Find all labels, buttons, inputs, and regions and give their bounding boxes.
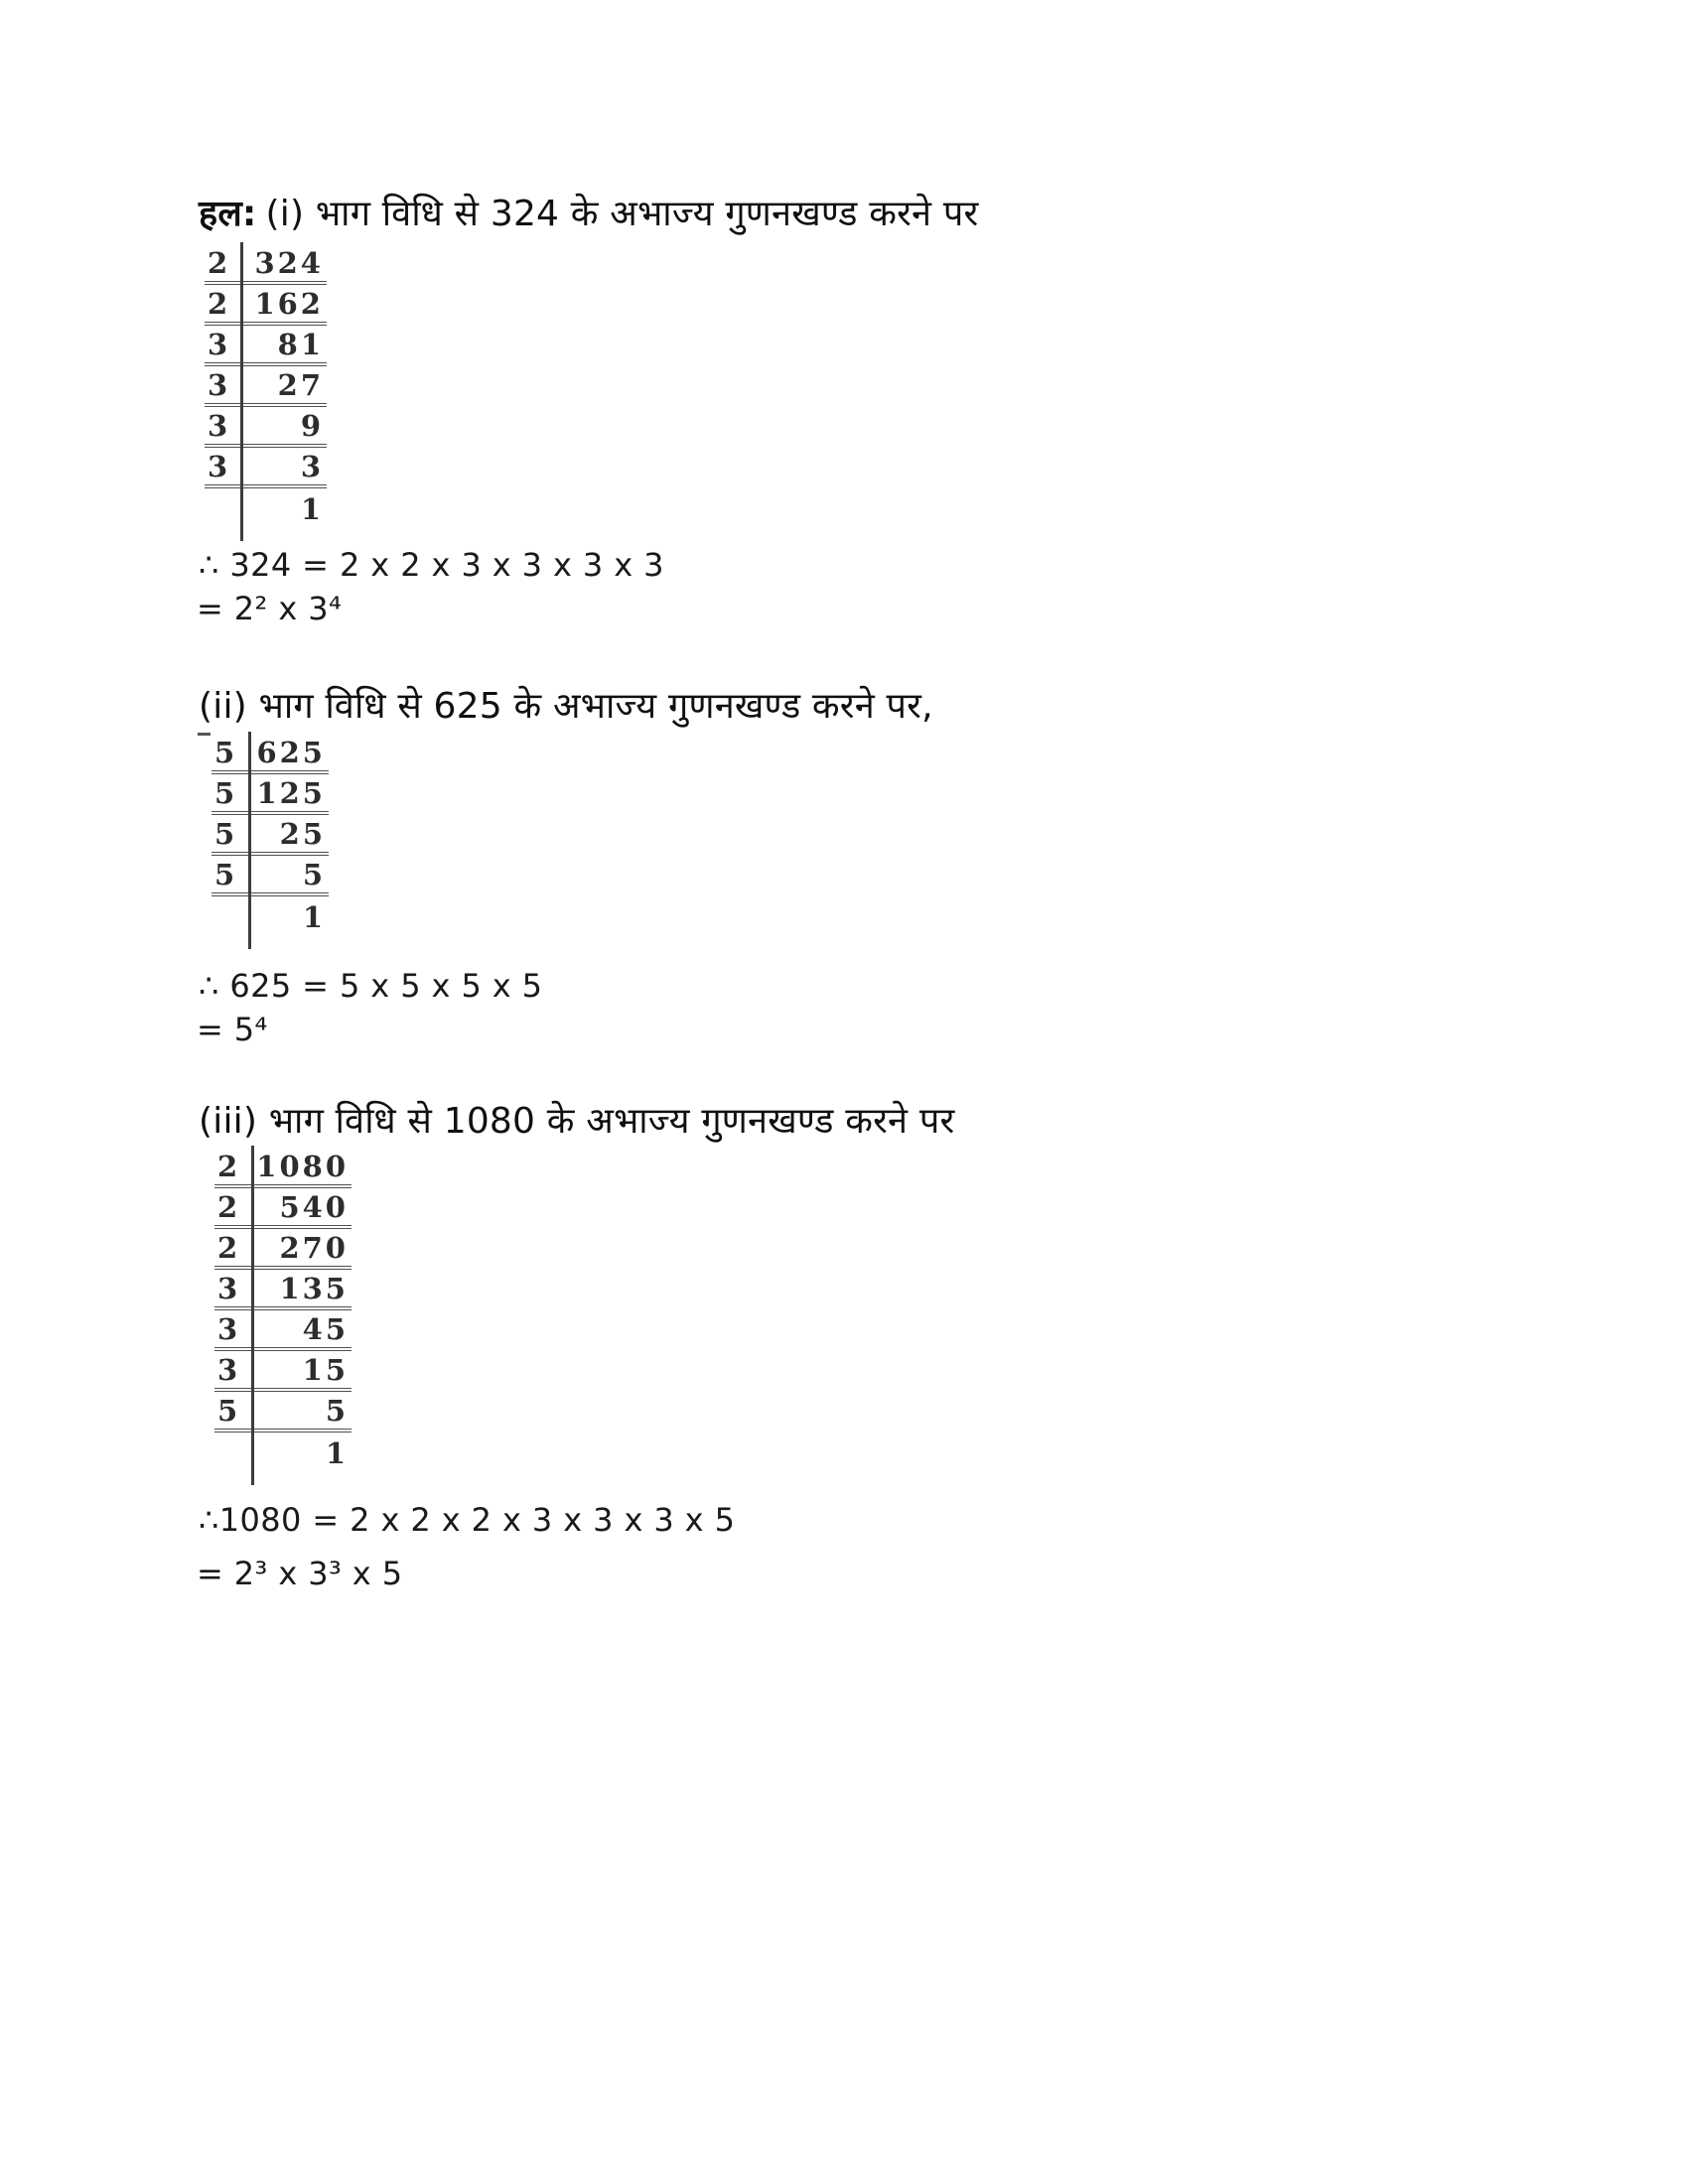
result-line-324-expansion: ∴ 324 = 2 x 2 x 3 x 3 x 3 x 3 (199, 544, 664, 586)
table-row: 2 270 (214, 1229, 352, 1270)
divisor-cell: 5 (211, 736, 248, 769)
divisor-cell: 3 (205, 328, 240, 361)
quotient-cell: 125 (251, 776, 329, 810)
solution-heading-i: हल:(i) भाग विधि से 324 के अभाज्य गुणनखण्… (199, 191, 978, 238)
result-line-1080-powers: = 2³ x 3³ x 5 (197, 1553, 402, 1594)
solution-label: हल: (199, 194, 257, 234)
result-line-625-powers: = 5⁴ (197, 1009, 268, 1050)
table-vertical-rule (248, 732, 251, 949)
table-row: 3 27 (205, 366, 327, 407)
quotient-cell: 15 (254, 1353, 352, 1387)
table-row: 1 (214, 1433, 352, 1473)
divisor-cell: 2 (205, 287, 240, 321)
divisor-cell: 5 (211, 817, 248, 851)
quotient-cell: 324 (243, 246, 327, 280)
quotient-cell: 81 (243, 328, 327, 361)
table-row: 2 162 (205, 285, 327, 326)
result-line-625-expansion: ∴ 625 = 5 x 5 x 5 x 5 (199, 965, 542, 1007)
table-row: 3 9 (205, 407, 327, 448)
division-table-1080: 2 1080 2 540 2 270 3 135 3 45 (214, 1148, 352, 1473)
table-row: 5 5 (214, 1392, 352, 1433)
divisor-cell: 2 (214, 1190, 251, 1224)
solution-heading-ii: (ii) भाग विधि से 625 के अभाज्य गुणनखण्ड … (199, 683, 933, 731)
table-row: 2 324 (205, 244, 327, 285)
quotient-cell: 27 (243, 368, 327, 402)
quotient-cell: 162 (243, 287, 327, 321)
quotient-cell: 1 (254, 1436, 352, 1470)
quotient-cell: 625 (251, 736, 329, 769)
divisor-cell: 5 (211, 858, 248, 891)
table-row: 2 540 (214, 1188, 352, 1229)
heading-text-iii: (iii) भाग विधि से 1080 के अभाज्य गुणनखण्… (199, 1101, 954, 1142)
quotient-cell: 9 (243, 409, 327, 443)
quotient-cell: 1 (251, 900, 329, 934)
quotient-cell: 135 (254, 1272, 352, 1305)
document-page: हल:(i) भाग विधि से 324 के अभाज्य गुणनखण्… (0, 0, 1688, 2184)
divisor-cell: 5 (214, 1394, 251, 1428)
divisor-cell: 3 (214, 1312, 251, 1346)
divisor-cell: 2 (214, 1231, 251, 1265)
scan-artifact-dash (198, 733, 211, 736)
result-line-1080-expansion: ∴1080 = 2 x 2 x 2 x 3 x 3 x 3 x 5 (199, 1499, 735, 1541)
quotient-cell: 1080 (254, 1150, 352, 1183)
division-table-324: 2 324 2 162 3 81 3 27 3 9 (205, 244, 327, 529)
quotient-cell: 45 (254, 1312, 352, 1346)
table-row: 3 135 (214, 1270, 352, 1310)
divisor-cell: 5 (211, 776, 248, 810)
table-row: 3 15 (214, 1351, 352, 1392)
quotient-cell: 5 (254, 1394, 352, 1428)
heading-text-ii: (ii) भाग विधि से 625 के अभाज्य गुणनखण्ड … (199, 686, 933, 727)
quotient-cell: 5 (251, 858, 329, 891)
result-line-324-powers: = 2² x 3⁴ (197, 588, 342, 629)
division-table-625: 5 625 5 125 5 25 5 5 1 (211, 734, 329, 937)
table-row: 3 45 (214, 1310, 352, 1351)
divisor-cell: 3 (205, 368, 240, 402)
table-row: 5 25 (211, 815, 329, 856)
quotient-cell: 540 (254, 1190, 352, 1224)
table-row: 3 3 (205, 448, 327, 488)
table-row: 5 125 (211, 774, 329, 815)
divisor-cell: 2 (205, 246, 240, 280)
quotient-cell: 25 (251, 817, 329, 851)
table-row: 1 (205, 488, 327, 529)
divisor-cell: 3 (214, 1272, 251, 1305)
solution-heading-iii: (iii) भाग विधि से 1080 के अभाज्य गुणनखण्… (199, 1098, 954, 1146)
divisor-cell: 2 (214, 1150, 251, 1183)
table-row: 3 81 (205, 326, 327, 366)
divisor-cell: 3 (205, 450, 240, 483)
table-row: 5 5 (211, 856, 329, 896)
table-row: 5 625 (211, 734, 329, 774)
divisor-cell: 3 (214, 1353, 251, 1387)
divisor-cell: 3 (205, 409, 240, 443)
quotient-cell: 270 (254, 1231, 352, 1265)
quotient-cell: 1 (243, 492, 327, 526)
table-vertical-rule (251, 1146, 254, 1485)
table-vertical-rule (240, 242, 243, 541)
heading-text-i: (i) भाग विधि से 324 के अभाज्य गुणनखण्ड क… (266, 194, 979, 234)
quotient-cell: 3 (243, 450, 327, 483)
table-row: 1 (211, 896, 329, 937)
table-row: 2 1080 (214, 1148, 352, 1188)
